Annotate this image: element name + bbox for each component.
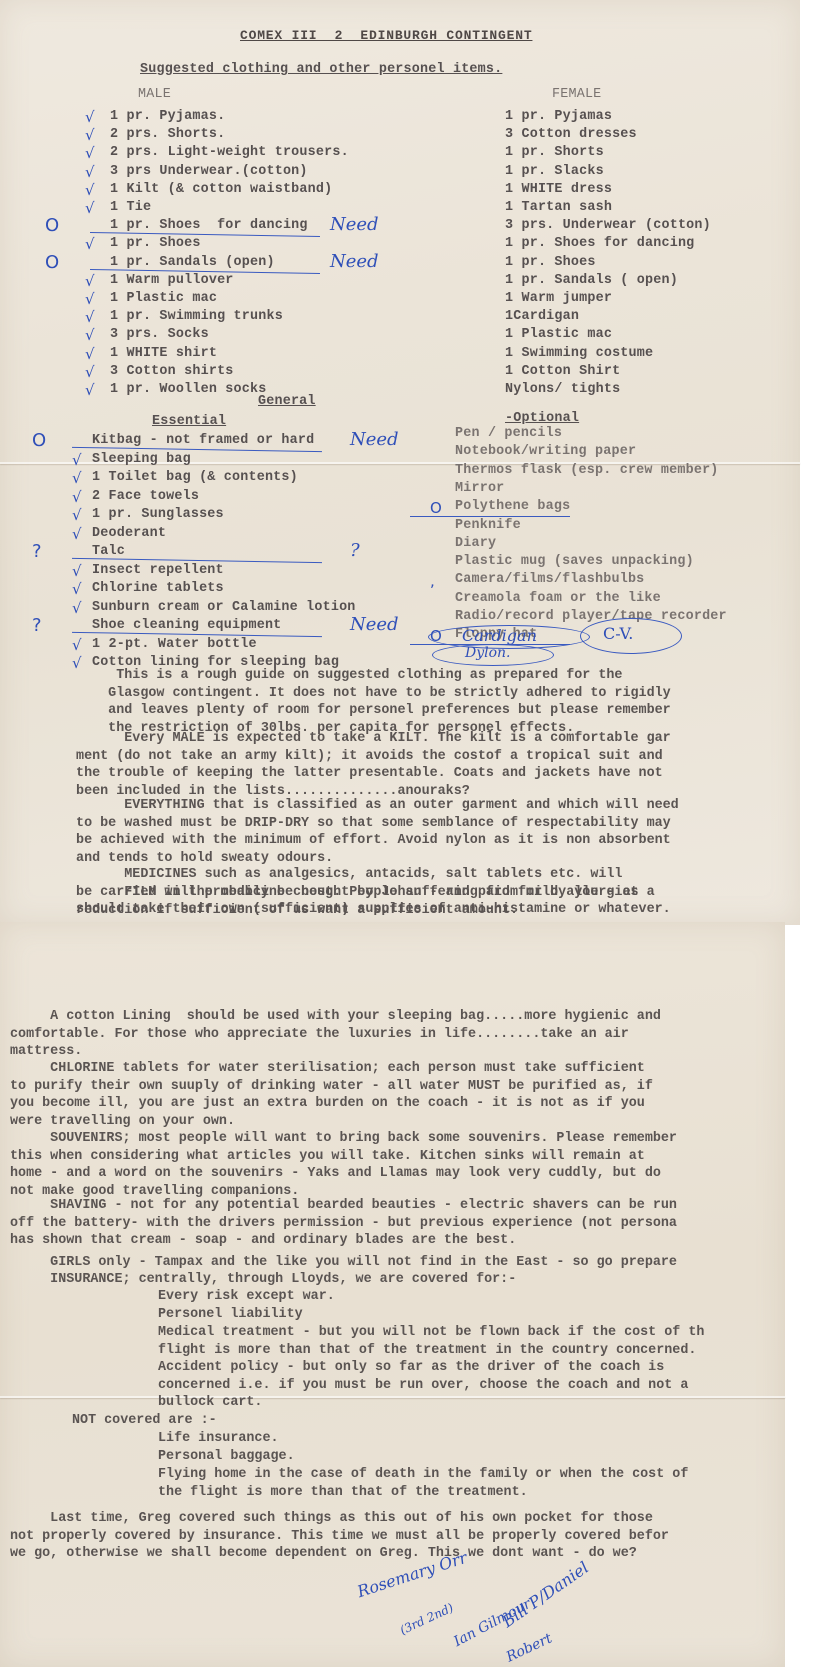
- essential-heading: Essential: [152, 414, 226, 430]
- checkmark-icon: √: [72, 599, 82, 617]
- list-item: 1 Kilt (& cotton waistband): [110, 182, 332, 198]
- checkmark-icon: √: [72, 562, 82, 580]
- checkmark-icon: √: [85, 126, 95, 144]
- paragraph: Every MALE is expected to take a KILT. T…: [68, 730, 671, 800]
- not-covered-item: Personal baggage.: [158, 1448, 295, 1466]
- checkmark-icon: √: [85, 272, 95, 290]
- not-covered-item: Flying home in the case of death in the …: [158, 1466, 688, 1501]
- list-item: 1 Plastic mac: [110, 291, 217, 307]
- list-item: 2 prs. Light-weight trousers.: [110, 145, 349, 161]
- list-item: 1 pr. Pyjamas: [505, 109, 612, 125]
- paragraph: GIRLS only - Tampax and the like you wil…: [10, 1254, 677, 1272]
- checkmark-icon: √: [72, 469, 82, 487]
- list-item: 1 Tartan sash: [505, 200, 612, 216]
- list-item: 1 Swimming costume: [505, 346, 653, 362]
- list-item: 1 pr. Shoes: [110, 236, 201, 252]
- paragraph: SOUVENIRS; most people will want to brin…: [10, 1130, 677, 1200]
- pen-mark-icon: ,: [430, 572, 435, 590]
- checkmark-icon: √: [85, 144, 95, 162]
- list-item: 3 prs. Underwear (cotton): [505, 218, 711, 234]
- list-item: Shoe cleaning equipment: [92, 618, 281, 634]
- checkmark-icon: √: [85, 326, 95, 344]
- list-item: 1 pr. Sandals (open): [110, 255, 275, 271]
- list-item: 1 WHITE dress: [505, 182, 612, 198]
- list-item: 1 pr. Shorts: [505, 145, 604, 161]
- list-item: 1 Tie: [110, 200, 151, 216]
- list-item: 1 WHITE shirt: [110, 346, 217, 362]
- not-covered-heading: NOT covered are :-: [72, 1412, 217, 1430]
- handwritten-note: Need: [330, 214, 379, 235]
- list-item: Radio/record player/tape recorder: [455, 609, 727, 625]
- checkmark-icon: √: [72, 525, 82, 543]
- checkmark-icon: √: [85, 308, 95, 326]
- document-subtitle: Suggested clothing and other personel it…: [140, 62, 502, 78]
- checkmark-icon: √: [72, 580, 82, 598]
- checkmark-icon: √: [85, 363, 95, 381]
- handwritten-note: Need: [350, 429, 399, 450]
- list-item: 1 pr. Shoes for dancing: [110, 218, 308, 234]
- list-item: 1 pr. Sandals ( open): [505, 273, 678, 289]
- checkmark-icon: √: [72, 636, 82, 654]
- list-item: 2 prs. Shorts.: [110, 127, 225, 143]
- list-item: 1 pr. Shoes: [505, 255, 596, 271]
- insurance-item: Accident policy - but only so far as the…: [158, 1359, 688, 1412]
- insurance-item: Personel liability: [158, 1306, 303, 1324]
- list-item: 1 Cotton Shirt: [505, 364, 620, 380]
- checkmark-icon: √: [85, 108, 95, 126]
- question-mark-icon: ?: [32, 617, 42, 635]
- paragraph: SHAVING - not for any potential bearded …: [10, 1197, 677, 1250]
- list-item: Kitbag - not framed or hard: [92, 433, 314, 449]
- paragraph: A cotton Lining should be used with your…: [10, 1008, 661, 1061]
- list-item: 1 pr. Pyjamas.: [110, 109, 225, 125]
- general-heading: General: [258, 394, 316, 410]
- list-item: Polythene bags: [455, 499, 570, 515]
- list-item: 1Cardigan: [505, 309, 579, 325]
- paragraph: EVERYTHING that is classified as an oute…: [68, 797, 679, 867]
- circle-mark-icon: O: [32, 432, 46, 450]
- handwritten-note: Need: [350, 614, 399, 635]
- list-item: Camera/films/flashbulbs: [455, 572, 644, 588]
- handwritten-note: Need: [330, 251, 379, 272]
- list-item: 1 pr. Sunglasses: [92, 507, 224, 523]
- circle-mark-icon: O: [45, 254, 59, 272]
- list-item: Sleeping bag: [92, 452, 191, 468]
- list-item: 2 Face towels: [92, 489, 199, 505]
- list-item: Mirror: [455, 481, 504, 497]
- list-item: Deoderant: [92, 526, 166, 542]
- list-item: 1 Toilet bag (& contents): [92, 470, 298, 486]
- list-item: 1 pr. Slacks: [505, 164, 604, 180]
- circle-mark-icon: O: [45, 217, 59, 235]
- list-item: 1 Warm jumper: [505, 291, 612, 307]
- circle-mark-icon: O: [430, 499, 442, 517]
- list-item: 1 Warm pullover: [110, 273, 234, 289]
- optional-heading: -Optional: [505, 411, 579, 427]
- list-item: 1 pr. Woollen socks: [110, 382, 266, 398]
- list-item: 1 pr. Shoes for dancing: [505, 236, 694, 252]
- list-item: 1 pr. Swimming trunks: [110, 309, 283, 325]
- list-item: Thermos flask (esp. crew member): [455, 463, 719, 479]
- paragraph: CHLORINE tablets for water sterilisation…: [10, 1060, 653, 1130]
- insurance-item: Every risk except war.: [158, 1288, 335, 1306]
- not-covered-item: Life insurance.: [158, 1430, 279, 1448]
- list-item: Diary: [455, 536, 496, 552]
- list-item: Nylons/ tights: [505, 382, 620, 398]
- list-item: Penknife: [455, 518, 521, 534]
- checkmark-icon: √: [85, 199, 95, 217]
- checkmark-icon: √: [72, 506, 82, 524]
- list-item: Notebook/writing paper: [455, 444, 636, 460]
- list-item: Creamola foam or the like: [455, 591, 661, 607]
- checkmark-icon: √: [85, 235, 95, 253]
- female-heading: FEMALE: [552, 87, 601, 103]
- checkmark-icon: √: [85, 381, 95, 399]
- list-item: 3 prs Underwear.(cotton): [110, 164, 308, 180]
- list-item: Sunburn cream or Calamine lotion: [92, 600, 356, 616]
- handwritten-cv-tag: C-V.: [603, 624, 633, 643]
- closing-paragraph: Last time, Greg covered such things as t…: [10, 1510, 669, 1563]
- insurance-item: Medical treatment - but you will not be …: [158, 1324, 704, 1359]
- paragraph: INSURANCE; centrally, through Lloyds, we…: [10, 1271, 516, 1289]
- list-item: 3 Cotton dresses: [505, 127, 637, 143]
- list-item: Insect repellent: [92, 563, 224, 579]
- list-item: 3 prs. Socks: [110, 327, 209, 343]
- paragraph: This is a rough guide on suggested cloth…: [68, 667, 671, 737]
- list-item: Plastic mug (saves unpacking): [455, 554, 694, 570]
- handwritten-dylon: Dylon.: [465, 645, 511, 661]
- list-item: Pen / pencils: [455, 426, 562, 442]
- checkmark-icon: √: [72, 488, 82, 506]
- paragraph: FILM will probably be bought by Johan - …: [68, 884, 655, 919]
- list-item: 3 Cotton shirts: [110, 364, 234, 380]
- checkmark-icon: √: [72, 451, 82, 469]
- document-title: COMEX III 2 EDINBURGH CONTINGENT: [240, 28, 532, 44]
- list-item: 1 Plastic mac: [505, 327, 612, 343]
- list-item: 1 2-pt. Water bottle: [92, 637, 257, 653]
- checkmark-icon: √: [85, 345, 95, 363]
- male-heading: MALE: [138, 87, 171, 103]
- checkmark-icon: √: [85, 290, 95, 308]
- checkmark-icon: √: [85, 163, 95, 181]
- handwritten-note: ?: [350, 540, 360, 561]
- checkmark-icon: √: [85, 181, 95, 199]
- list-item: Chlorine tablets: [92, 581, 224, 597]
- question-mark-icon: ?: [32, 543, 42, 561]
- handwritten-cardigan: Cardigan: [462, 626, 537, 645]
